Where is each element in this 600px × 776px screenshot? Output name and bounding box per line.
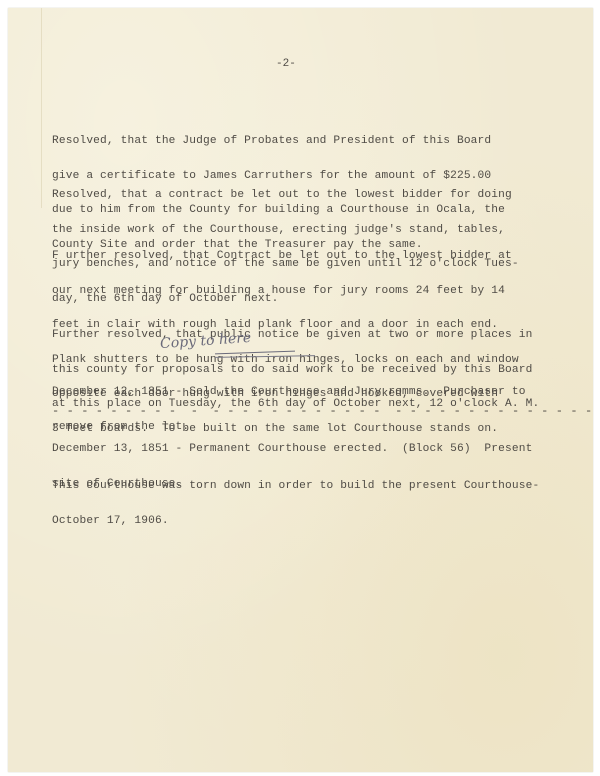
line: Resolved, that the Judge of Probates and…	[52, 136, 505, 148]
paper-fold-line	[41, 8, 42, 208]
separator-line: - - - - - - - - - - - - - - - - - - - - …	[52, 404, 600, 418]
line: Further resolved, that public notice be …	[52, 330, 539, 342]
line: F urther resolved, that Contract be let …	[52, 251, 519, 263]
line: This courthouse was torn down in order t…	[52, 481, 539, 493]
line: our next meeting for building a house fo…	[52, 286, 519, 298]
paragraph-7: This courthouse was torn down in order t…	[52, 458, 539, 539]
line: December 12, 1851 - Sold the Courthouse …	[52, 387, 526, 399]
page-number: -2-	[276, 58, 296, 70]
line: December 13, 1851 - Permanent Courthouse…	[52, 444, 532, 456]
line: October 17, 1906.	[52, 516, 539, 528]
line: Resolved, that a contract be let out to …	[52, 190, 519, 202]
